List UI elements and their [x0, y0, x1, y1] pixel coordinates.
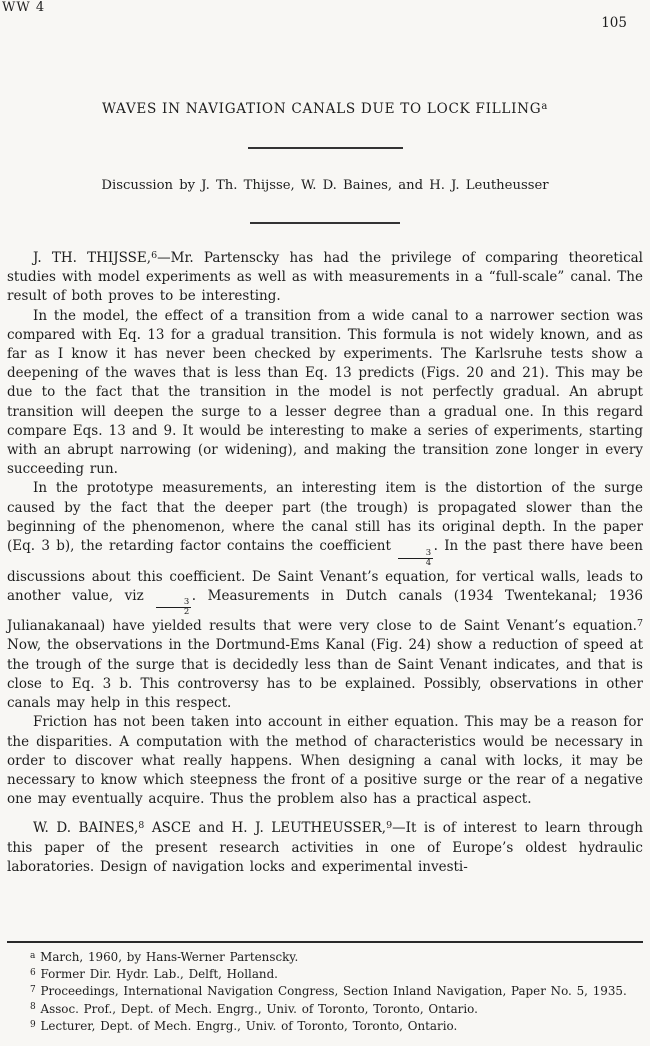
inline-fraction: 32: [156, 598, 190, 617]
body-paragraphs: J. TH. THIJSSE,6—Mr. Partenscky has had …: [7, 249, 643, 877]
separator-rule-top: [248, 147, 403, 149]
paragraph: W. D. BAINES,8 ASCE and H. J. LEUTHEUSSE…: [7, 819, 643, 877]
footnote-reference: 7: [637, 618, 643, 629]
footnote-rule: [7, 941, 643, 943]
footnote-marker: 9: [30, 1020, 36, 1030]
footnote: 7 Proceedings, International Navigation …: [7, 983, 643, 1000]
footnote-reference: 9: [386, 820, 392, 831]
article-title-text: WAVES IN NAVIGATION CANALS DUE TO LOCK F…: [102, 101, 541, 117]
footnote: a March, 1960, by Hans-Werner Partenscky…: [7, 949, 643, 966]
paragraph: In the model, the effect of a transition…: [7, 307, 643, 480]
article-title: WAVES IN NAVIGATION CANALS DUE TO LOCK F…: [7, 0, 643, 118]
footnote: 8 Assoc. Prof., Dept. of Mech. Engrg., U…: [7, 1001, 643, 1018]
scanned-paper-page: WW 4 105 WAVES IN NAVIGATION CANALS DUE …: [0, 0, 650, 1046]
footnote-reference: 8: [138, 820, 144, 831]
paragraph: J. TH. THIJSSE,6—Mr. Partenscky has had …: [7, 249, 643, 307]
page-number: 105: [601, 15, 627, 31]
paragraph: In the prototype measurements, an intere…: [7, 479, 643, 713]
footnotes-list: a March, 1960, by Hans-Werner Partenscky…: [7, 949, 643, 1035]
separator-rule-bottom: [250, 222, 400, 224]
footnote-marker: 8: [30, 1002, 36, 1012]
running-head-issue-code: WW 4: [2, 0, 45, 15]
title-footnote-marker: a: [541, 101, 548, 112]
footnote-marker: 6: [30, 968, 36, 978]
footnote: 6 Former Dir. Hydr. Lab., Delft, Holland…: [7, 966, 643, 983]
footnote-marker: a: [30, 951, 35, 961]
paragraph: Friction has not been taken into account…: [7, 713, 643, 809]
inline-fraction: 34: [398, 549, 432, 568]
footnote-marker: 7: [30, 985, 36, 995]
footnote: 9 Lecturer, Dept. of Mech. Engrg., Univ.…: [7, 1018, 643, 1035]
footnote-area: a March, 1960, by Hans-Werner Partenscky…: [7, 941, 643, 1035]
byline: Discussion by J. Th. Thijsse, W. D. Bain…: [7, 177, 643, 195]
page-content: WAVES IN NAVIGATION CANALS DUE TO LOCK F…: [0, 0, 650, 877]
footnote-reference: 6: [151, 250, 157, 261]
